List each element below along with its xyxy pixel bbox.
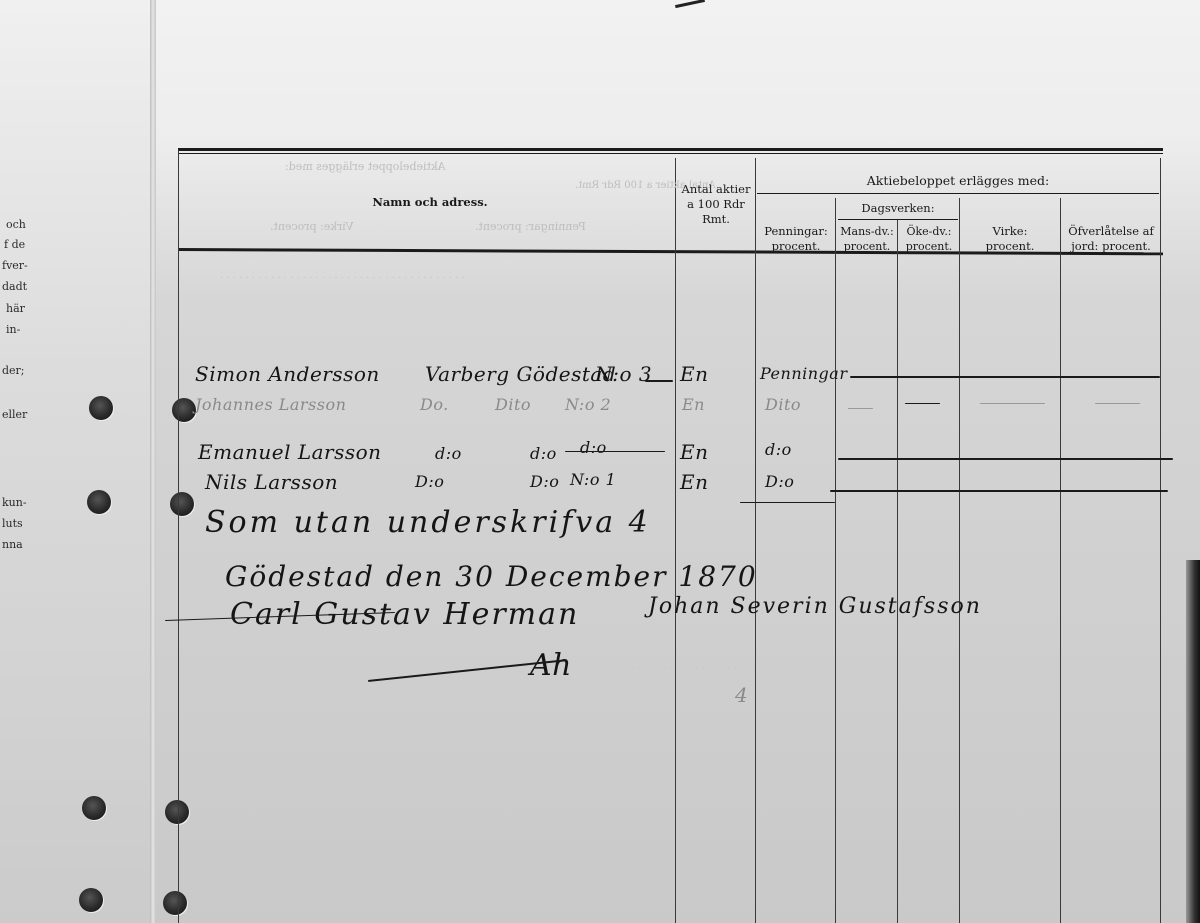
bleed-through-text: Penningar: procent. — [475, 220, 586, 233]
entry-number: d:o — [580, 438, 607, 457]
margin-fragment: luts — [2, 517, 23, 530]
margin-fragment: och — [6, 218, 26, 231]
column-line — [755, 158, 756, 923]
header-sub: procent. — [898, 239, 960, 254]
entry-shares: En — [680, 362, 708, 386]
header-dagsverken: Dagsverken: — [836, 201, 960, 216]
header-label: Mans-dv.: — [836, 224, 898, 239]
entry-payment: Dito — [765, 395, 801, 414]
punch-hole — [172, 398, 196, 422]
header-payment-group: Aktiebeloppet erlägges med: — [757, 173, 1159, 188]
dash-stroke — [830, 490, 1168, 492]
entry-parish: Dito — [495, 395, 531, 414]
signature: Carl Gustav Herman — [230, 597, 579, 632]
bleed-through-text: . . . . . . . . . . . . . . . . . . . . … — [220, 270, 465, 281]
entry-payment: Penningar — [760, 364, 847, 383]
header-overlatelse: Öfverlåtelse af jord: procent. — [1061, 224, 1161, 254]
header-sub: jord: procent. — [1061, 239, 1161, 254]
column-line — [1060, 198, 1061, 923]
entry-payment: d:o — [765, 440, 792, 459]
table-top-rule-thin — [178, 153, 1163, 154]
document-page: och f de fver- dadt här in- der; eller k… — [0, 0, 1200, 923]
header-shares-line: Rmt. — [676, 212, 756, 227]
header-label: Öfverlåtelse af — [1061, 224, 1161, 239]
header-shares-line: a 100 Rdr — [676, 197, 756, 212]
table-top-rule — [178, 148, 1163, 151]
entry-number: N:o 2 — [565, 395, 611, 414]
dagsverken-divider — [838, 219, 958, 220]
dash-stroke — [850, 376, 1160, 378]
page-fold — [150, 0, 156, 923]
entry-parish: d:o — [530, 444, 557, 463]
punch-hole — [165, 800, 189, 824]
closing-line-count: Som utan underskrifva 4 — [205, 505, 651, 540]
punch-hole — [87, 490, 111, 514]
group-divider — [757, 193, 1159, 194]
header-sub: procent. — [836, 239, 898, 254]
dash-stroke — [1095, 403, 1140, 404]
bleed-through-text: Virke: procent. — [270, 220, 354, 233]
column-line — [675, 158, 676, 923]
signature: Johan Severin Gustafsson — [648, 594, 982, 619]
header-label: Öke-dv.: — [898, 224, 960, 239]
header-name-address: Namn och adress. — [340, 195, 520, 210]
column-line — [1160, 158, 1161, 923]
entry-parish: D:o — [530, 472, 559, 491]
margin-fragment: eller — [2, 408, 27, 421]
entry-name: Johannes Larsson — [195, 395, 346, 414]
header-label: Penningar: — [756, 224, 836, 239]
dash-stroke — [645, 380, 673, 382]
header-sub: procent. — [756, 239, 836, 254]
margin-fragment: der; — [2, 364, 25, 377]
entry-name: Nils Larsson — [205, 470, 338, 494]
header-sub: procent. — [960, 239, 1060, 254]
margin-fragment: kun- — [2, 496, 27, 509]
dash-stroke — [740, 502, 835, 503]
punch-hole — [89, 396, 113, 420]
margin-fragment: nna — [2, 538, 23, 551]
entry-name: Simon Andersson — [195, 362, 380, 386]
dash-stroke — [848, 408, 873, 409]
entry-place: Do. — [420, 395, 449, 414]
entry-number: N:o 3 — [595, 362, 652, 386]
entry-place: D:o — [415, 472, 444, 491]
column-line — [959, 198, 960, 923]
dash-stroke — [838, 458, 1173, 460]
margin-fragment: f de — [4, 238, 25, 251]
header-mans-dv: Mans-dv.: procent. — [836, 224, 898, 254]
punch-hole — [163, 891, 187, 915]
entry-place: Varberg Gödestad — [425, 362, 616, 386]
entry-number: N:o 1 — [570, 470, 616, 489]
header-shares-line: Antal aktier — [676, 182, 756, 197]
entry-place: d:o — [435, 444, 462, 463]
torn-right-edge — [1186, 560, 1200, 923]
dash-stroke — [905, 403, 940, 404]
header-penningar: Penningar: procent. — [756, 224, 836, 254]
entry-payment: D:o — [765, 472, 794, 491]
margin-fragment: här — [6, 302, 25, 315]
punch-hole — [79, 888, 103, 912]
dash-stroke — [980, 403, 1045, 404]
punch-hole — [170, 492, 194, 516]
flourish-initials: Ah — [530, 648, 572, 683]
header-label: Virke: — [960, 224, 1060, 239]
entry-shares: En — [680, 470, 708, 494]
ink-mark — [675, 0, 705, 8]
entry-shares: En — [682, 395, 705, 414]
dash-stroke — [565, 451, 665, 452]
closing-line-date: Gödestad den 30 December 1870 — [225, 560, 758, 593]
header-virke: Virke: procent. — [960, 224, 1060, 254]
column-line — [897, 220, 898, 923]
entry-name: Emanuel Larsson — [198, 440, 382, 464]
bleed-through-text: Aktiebeloppet erlägges med: — [285, 160, 446, 173]
header-shares: Antal aktier a 100 Rdr Rmt. — [676, 182, 756, 227]
header-oke-dv: Öke-dv.: procent. — [898, 224, 960, 254]
column-line — [835, 198, 836, 923]
margin-note-number: 4 — [735, 683, 748, 707]
margin-fragment: in- — [6, 323, 20, 336]
left-page-margin — [0, 0, 150, 923]
margin-fragment: fver- — [2, 259, 28, 272]
bleed-through-text: . . . . . . . . . . . . . . . . . . . . … — [600, 660, 756, 671]
column-line — [178, 150, 179, 923]
punch-hole — [82, 796, 106, 820]
entry-shares: En — [680, 440, 708, 464]
margin-fragment: dadt — [2, 280, 27, 293]
